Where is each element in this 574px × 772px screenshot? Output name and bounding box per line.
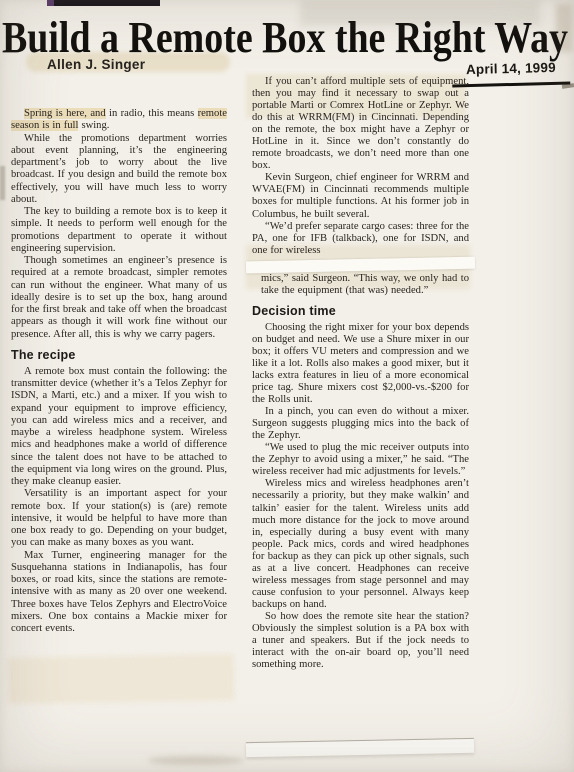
scan-stain	[148, 756, 244, 765]
body-text: swing.	[78, 120, 109, 131]
paragraph: So how does the remote site hear the sta…	[252, 611, 469, 671]
scanned-article-page: Build a Remote Box the Right Way Allen J…	[0, 0, 574, 772]
scan-stain	[8, 654, 235, 704]
right-column: If you can’t afford multiple sets of equ…	[252, 76, 469, 671]
paragraph: Though sometimes an engineer’s presence …	[11, 255, 227, 341]
paragraph-quote-top: “We’d prefer separate cargo cases: three…	[252, 221, 469, 257]
paragraph: A remote box must contain the following:…	[11, 366, 227, 489]
paragraph: Choosing the right mixer for your box de…	[252, 322, 469, 406]
body-text: in radio, this means	[106, 108, 198, 119]
masthead-fragment-tip	[47, 0, 63, 6]
paragraph: Kevin Surgeon, chief engineer for WRRM a…	[252, 172, 469, 220]
date-block: April 14, 1999	[452, 59, 571, 88]
masthead-fragment	[54, 0, 160, 6]
torn-paper-strip	[246, 256, 475, 273]
paragraph: Wireless mics and wireless headphones ar…	[252, 478, 469, 611]
highlighted-text: Spring is here, and	[24, 108, 106, 119]
paragraph: While the promotions department worries …	[11, 133, 227, 207]
paragraph: Max Turner, engineering manager for the …	[11, 550, 227, 636]
paragraph: If you can’t afford multiple sets of equ…	[252, 76, 469, 172]
paragraph: In a pinch, you can even do without a mi…	[252, 406, 469, 442]
page-title: Build a Remote Box the Right Way	[2, 13, 568, 62]
paragraph-intro: Spring is here, and in radio, this means…	[11, 108, 227, 133]
torn-paper-edge	[246, 738, 474, 757]
paragraph: Versatility is an important aspect for y…	[11, 488, 227, 549]
headline-graphic: Build a Remote Box the Right Way	[0, 10, 574, 62]
article-date: April 14, 1999	[466, 60, 556, 77]
byline: Allen J. Singer	[47, 57, 145, 72]
paragraph-quote-bottom: mics,” said Surgeon. “This way, we only …	[252, 273, 469, 297]
section-heading-decision-time: Decision time	[252, 304, 469, 318]
section-heading-recipe: The recipe	[11, 348, 227, 362]
paragraph: The key to building a remote box is to k…	[11, 206, 227, 255]
paragraph: “We used to plug the mic receiver output…	[252, 442, 469, 478]
scan-stain	[0, 166, 5, 200]
left-column: Spring is here, and in radio, this means…	[11, 108, 227, 635]
